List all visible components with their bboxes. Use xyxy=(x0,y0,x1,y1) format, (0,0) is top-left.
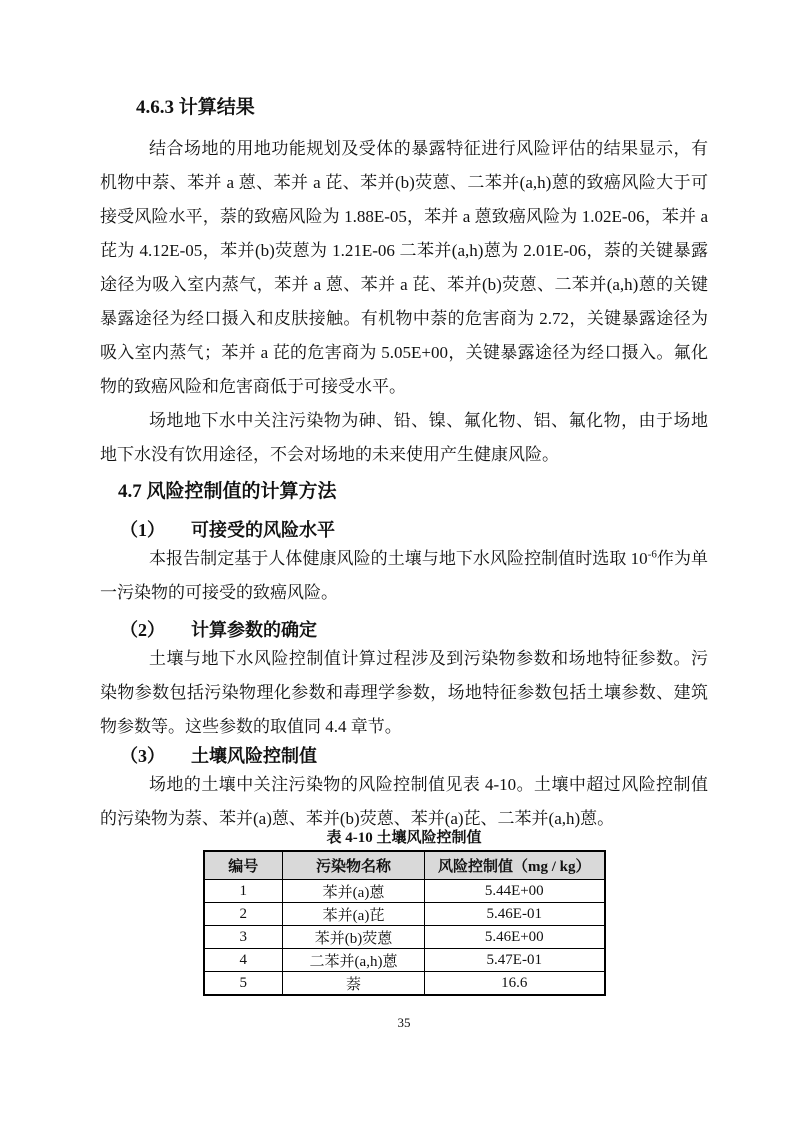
cell-control-value: 5.47E-01 xyxy=(425,949,605,972)
table-row: 3 苯并(b)荧蒽 5.46E+00 xyxy=(204,926,605,949)
cell-pollutant: 二苯并(a,h)蒽 xyxy=(283,949,425,972)
table-row: 5 萘 16.6 xyxy=(204,972,605,996)
cell-number: 4 xyxy=(204,949,283,972)
soil-risk-control-table: 编号 污染物名称 风险控制值（mg / kg） 1 苯并(a)蒽 5.44E+0… xyxy=(203,850,606,996)
subsection-2-title: 计算参数的确定 xyxy=(191,620,317,640)
paragraph-acceptable-risk: 本报告制定基于人体健康风险的土壤与地下水风险控制值时选取 10-6作为单一污染物… xyxy=(100,542,708,610)
subsection-heading-1: （1）可接受的风险水平 xyxy=(120,518,708,542)
section-heading-4-7: 4.7 风险控制值的计算方法 xyxy=(118,480,708,504)
subsection-3-label: （3） xyxy=(120,746,165,766)
cell-pollutant: 苯并(a)蒽 xyxy=(283,880,425,903)
cell-pollutant: 苯并(a)芘 xyxy=(283,903,425,926)
paragraph-calc-parameters: 土壤与地下水风险控制值计算过程涉及到污染物参数和场地特征参数。污染物参数包括污染… xyxy=(100,642,708,744)
paragraph-risk-results: 结合场地的用地功能规划及受体的暴露特征进行风险评估的结果显示，有机物中萘、苯并 … xyxy=(100,132,708,404)
cell-pollutant: 萘 xyxy=(283,972,425,996)
exponent-superscript: -6 xyxy=(648,548,657,560)
cell-control-value: 16.6 xyxy=(425,972,605,996)
cell-control-value: 5.44E+00 xyxy=(425,880,605,903)
subsection-3-title: 土壤风险控制值 xyxy=(191,746,317,766)
header-cell-number: 编号 xyxy=(204,851,283,880)
subsection-heading-3: （3）土壤风险控制值 xyxy=(120,744,708,768)
cell-number: 2 xyxy=(204,903,283,926)
paragraph-soil-control: 场地的土壤中关注污染物的风险控制值见表 4-10。土壤中超过风险控制值的污染物为… xyxy=(100,768,708,836)
paragraph-groundwater: 场地地下水中关注污染物为砷、铅、镍、氟化物、铝、氟化物，由于场地地下水没有饮用途… xyxy=(100,404,708,472)
section-heading-4-6-3: 4.6.3 计算结果 xyxy=(136,96,708,120)
cell-control-value: 5.46E-01 xyxy=(425,903,605,926)
document-page: 4.6.3 计算结果 结合场地的用地功能规划及受体的暴露特征进行风险评估的结果显… xyxy=(0,0,800,1131)
cell-pollutant: 苯并(b)荧蒽 xyxy=(283,926,425,949)
header-cell-control-value: 风险控制值（mg / kg） xyxy=(425,851,605,880)
cell-number: 1 xyxy=(204,880,283,903)
subsection-heading-2: （2）计算参数的确定 xyxy=(120,618,708,642)
table-header-row: 编号 污染物名称 风险控制值（mg / kg） xyxy=(204,851,605,880)
cell-number: 3 xyxy=(204,926,283,949)
page-number: 35 xyxy=(100,1014,708,1032)
table-row: 2 苯并(a)芘 5.46E-01 xyxy=(204,903,605,926)
table-row: 1 苯并(a)蒽 5.44E+00 xyxy=(204,880,605,903)
table-row: 4 二苯并(a,h)蒽 5.47E-01 xyxy=(204,949,605,972)
subsection-1-title: 可接受的风险水平 xyxy=(191,520,335,540)
paragraph-acceptable-risk-pre: 本报告制定基于人体健康风险的土壤与地下水风险控制值时选取 10 xyxy=(149,549,648,568)
subsection-2-label: （2） xyxy=(120,620,165,640)
cell-control-value: 5.46E+00 xyxy=(425,926,605,949)
subsection-1-label: （1） xyxy=(120,520,165,540)
cell-number: 5 xyxy=(204,972,283,996)
header-cell-pollutant: 污染物名称 xyxy=(283,851,425,880)
